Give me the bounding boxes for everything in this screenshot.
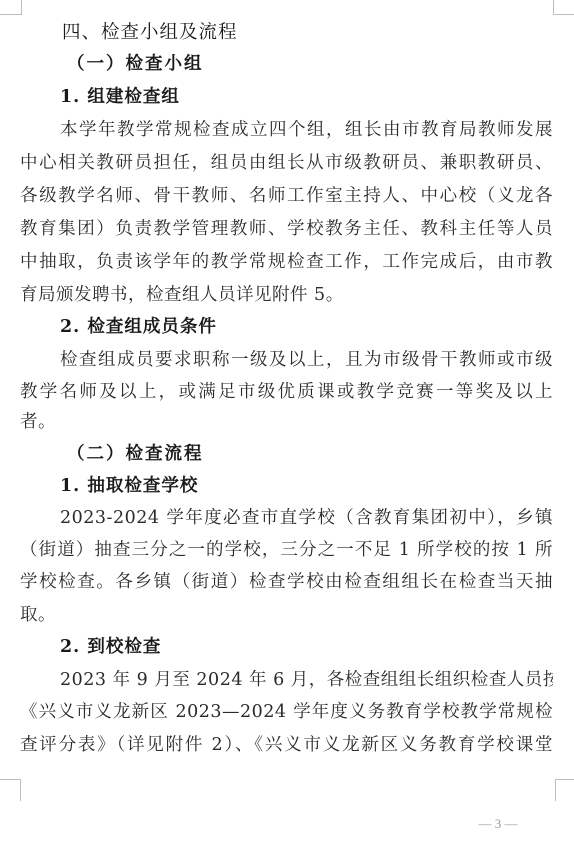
paragraph-line: 《兴义市义龙新区 2023—2024 学年度义务教育学校教学常规检: [20, 697, 553, 727]
item-heading-school-visit: 2. 到校检查: [60, 632, 574, 662]
paragraph-line: 育局颁发聘书，检查组人员详见附件 5。: [20, 280, 553, 310]
paragraph-line: 中心相关教研员担任，组员由组长从市级教研员、兼职教研员、: [20, 148, 553, 178]
crop-mark-top-left: [0, 0, 22, 15]
paragraph-line: 教育集团）负责教学管理教师、学校教务主任、教科主任等人员: [20, 214, 553, 244]
crop-mark-bottom-right: [555, 779, 574, 801]
item-heading-member-requirements: 2. 检查组成员条件: [60, 312, 574, 342]
crop-mark-top-right: [553, 0, 574, 15]
paragraph-line: 取。: [20, 600, 553, 630]
paragraph-line: 各级教学名师、骨干教师、名师工作室主持人、中心校（义龙各: [20, 181, 553, 211]
section-heading: 四、检查小组及流程: [62, 18, 574, 48]
paragraph-line: 查评分表》（详见附件 2）、《兴义市义龙新区义务教育学校课堂: [20, 730, 553, 760]
page-number: — 3 —: [468, 814, 528, 834]
subsection-heading-inspection-process: （二）检查流程: [67, 439, 574, 469]
paragraph-line: 者。: [20, 407, 553, 437]
paragraph-line: 2023 年 9 月至 2024 年 6 月，各检查组组长组织检查人员按: [20, 665, 553, 695]
paragraph-line: 2023-2024 学年度必查市直学校（含教育集团初中），乡镇: [20, 503, 553, 533]
paragraph-line: 本学年教学常规检查成立四个组，组长由市教育局教师发展: [20, 115, 553, 145]
paragraph-line: 学校检查。各乡镇（街道）检查学校由检查组组长在检查当天抽: [20, 567, 553, 597]
paragraph-line: 教学名师及以上，或满足市级优质课或教学竞赛一等奖及以上: [20, 377, 553, 407]
item-heading-select-schools: 1. 抽取检查学校: [60, 471, 574, 501]
paragraph-line: 中抽取，负责该学年的教学常规检查工作，工作完成后，由市教: [20, 247, 553, 277]
paragraph-line: 检查组成员要求职称一级及以上，且为市级骨干教师或市级: [20, 345, 553, 375]
subsection-heading-inspection-group: （一）检查小组: [67, 49, 574, 79]
item-heading-form-group: 1. 组建检查组: [60, 82, 574, 112]
crop-mark-bottom-left: [0, 779, 21, 801]
paragraph-line: （街道）抽查三分之一的学校，三分之一不足 1 所学校的按 1 所: [20, 535, 553, 565]
